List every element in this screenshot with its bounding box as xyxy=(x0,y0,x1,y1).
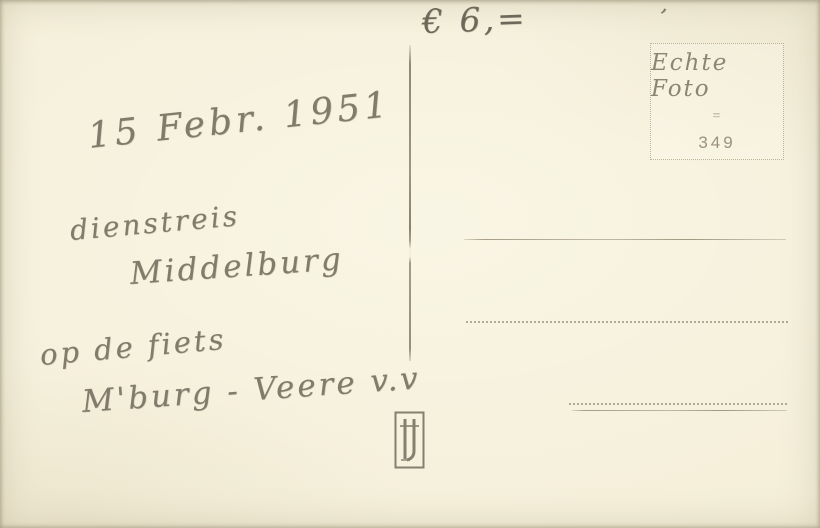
handwritten-trip-note: dienstreis xyxy=(69,199,242,247)
stamp-box-number: 349 xyxy=(698,133,735,153)
handwritten-transport-note: op de fiets xyxy=(39,322,228,372)
address-line-2 xyxy=(466,321,788,323)
stamp-box-separator: = xyxy=(713,109,722,125)
center-divider-line xyxy=(409,45,411,361)
address-line-1 xyxy=(464,239,786,240)
handwritten-city: Middelburg xyxy=(129,241,345,292)
photographer-monogram-stamp xyxy=(394,411,425,469)
stamp-box-brand: Echte Foto xyxy=(651,50,783,102)
handwritten-date: 15 Febr. 1951 xyxy=(86,84,393,157)
address-line-3-dotted xyxy=(569,403,787,405)
price-annotation: € 6,= xyxy=(421,0,528,41)
postcard-back: € 6,= ’ Echte Foto = 349 15 Febr. 1951 d… xyxy=(0,0,820,528)
handwritten-route: M'burg - Veere v.v xyxy=(81,360,422,420)
address-line-3-solid xyxy=(572,410,787,411)
pencil-tick-mark: ’ xyxy=(657,4,669,29)
stamp-box: Echte Foto = 349 xyxy=(650,43,784,160)
